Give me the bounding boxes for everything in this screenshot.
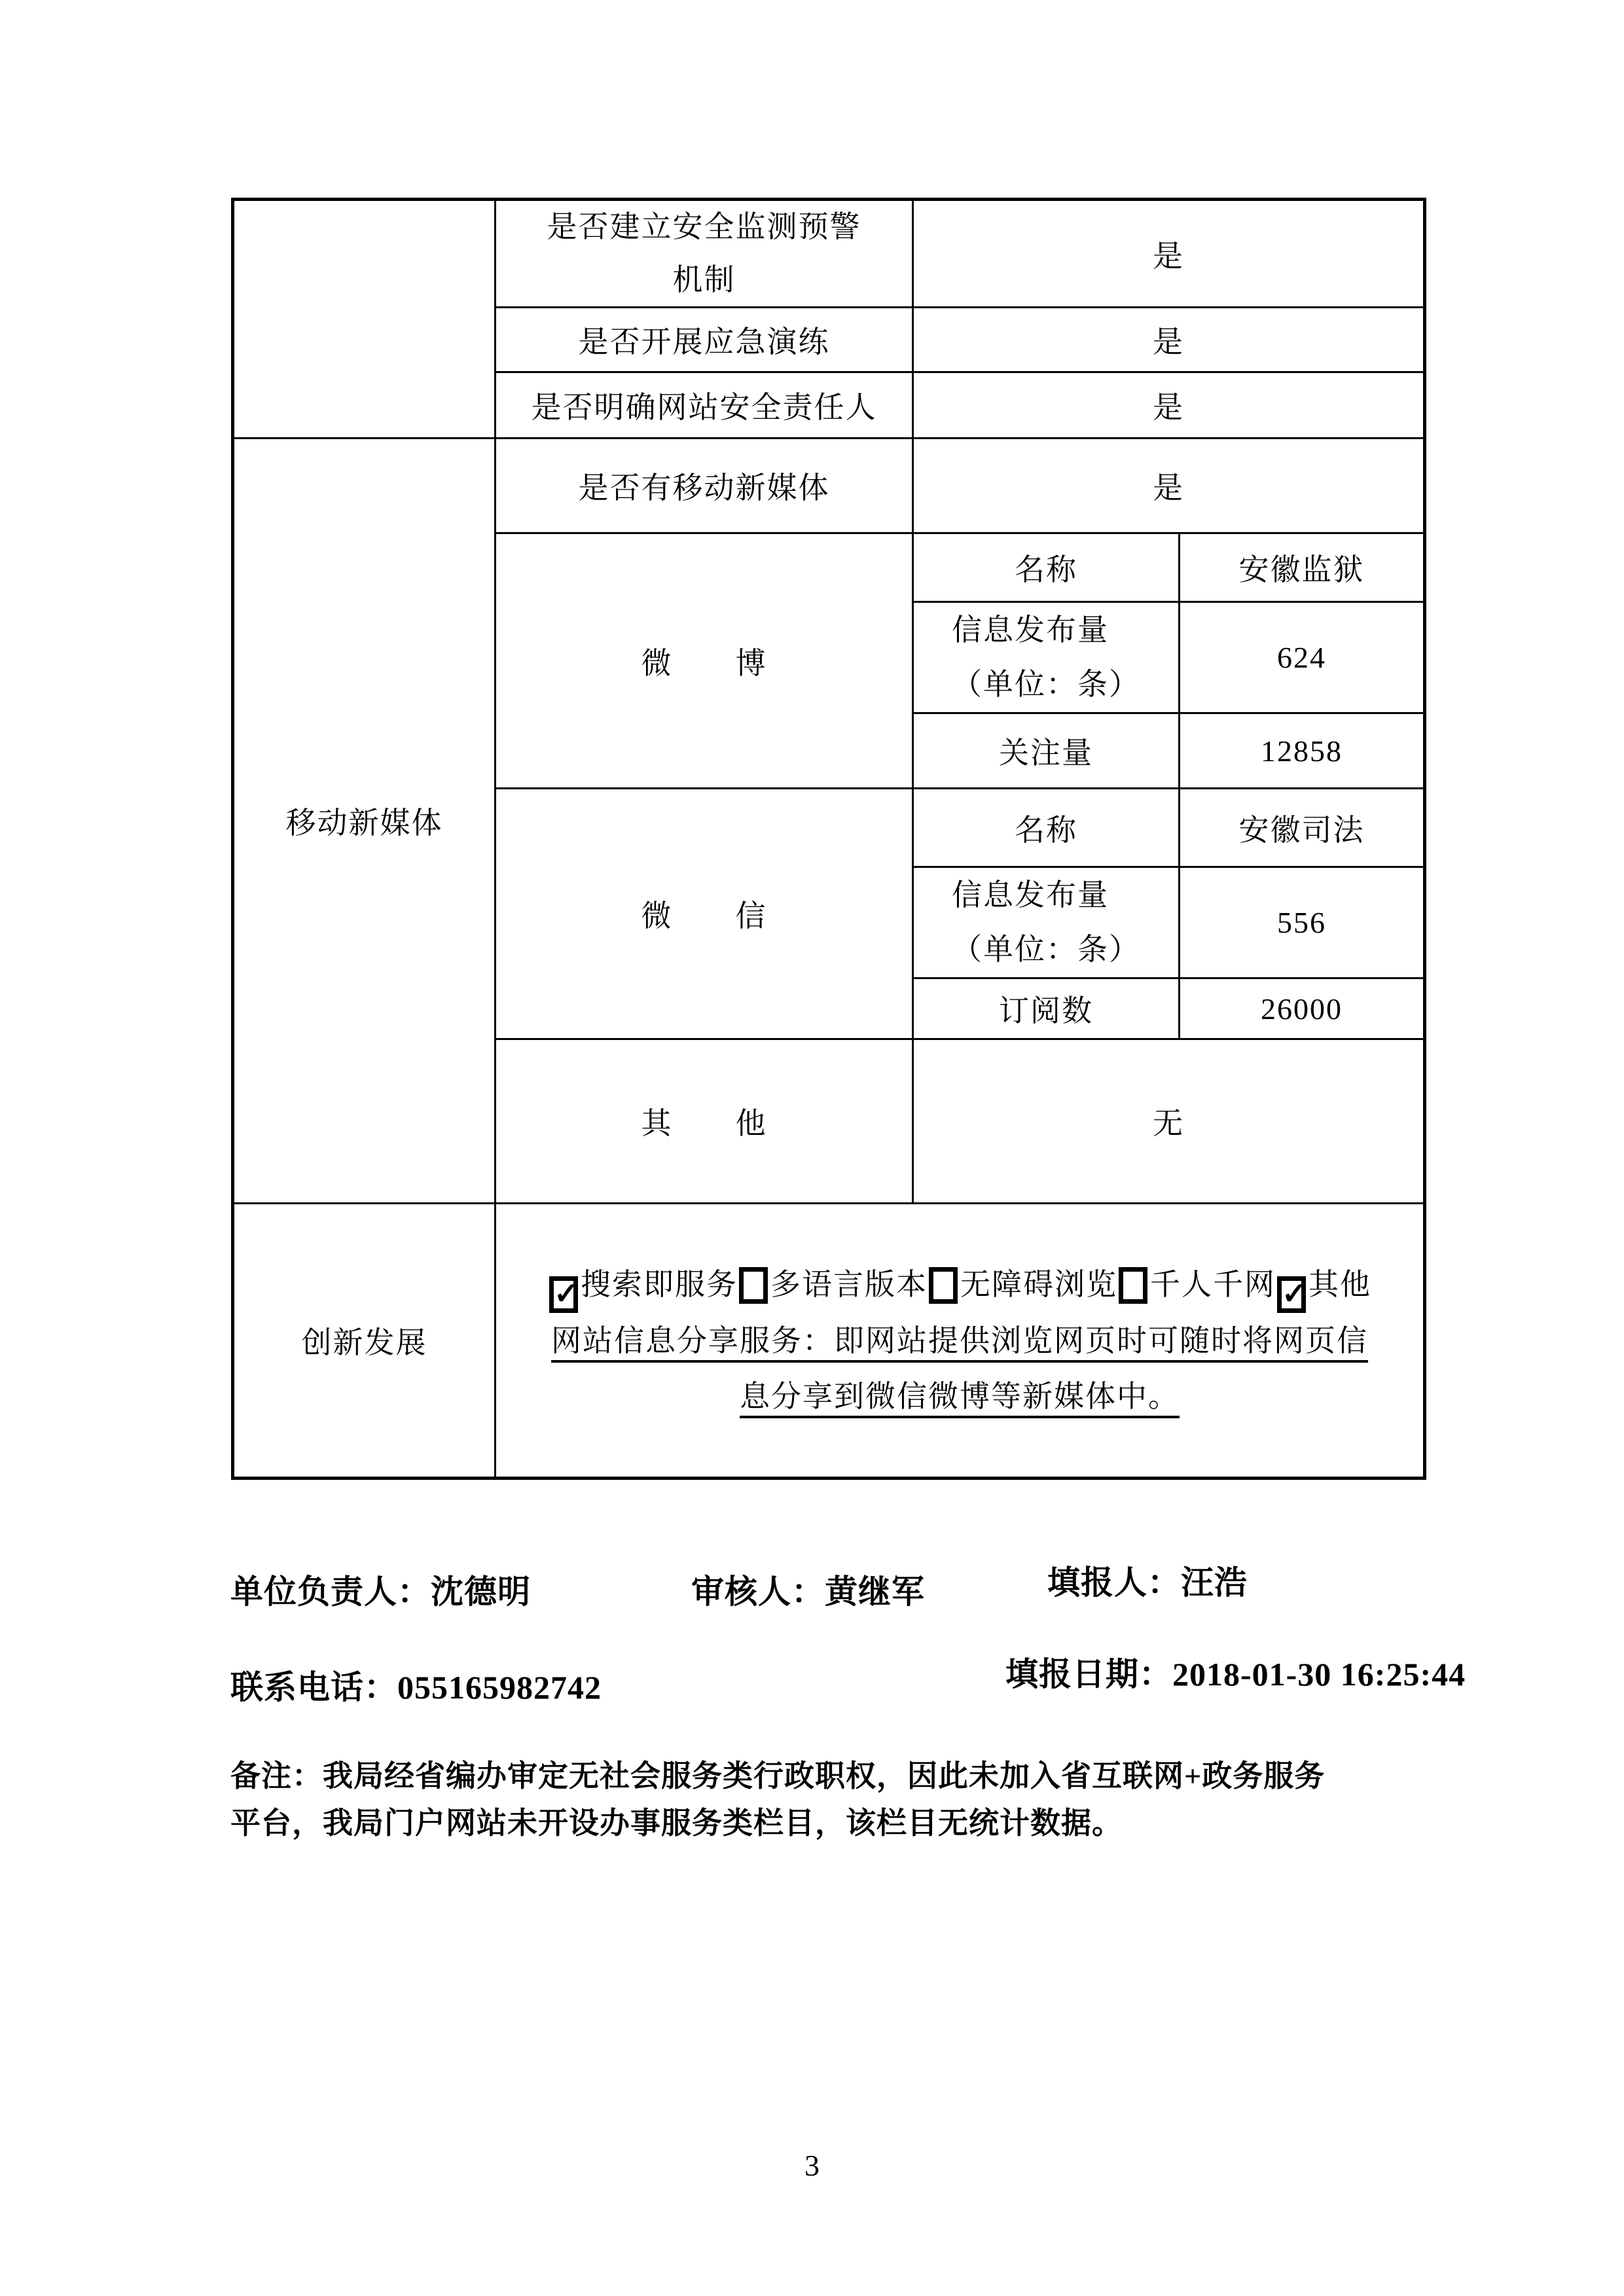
- wechat-posts-unit: （单位：条）: [952, 923, 1140, 977]
- annual-report-table: 是否建立安全监测预警 机制 是 是否开展应急演练 是 是否明确网站安全责任人 是…: [231, 198, 1426, 1480]
- innovation-desc-line1: 网站信息分享服务：即网站提供浏览网页时可随时将网页信: [496, 1313, 1423, 1369]
- security-answer-responsible: 是: [913, 372, 1425, 439]
- innovation-option-label: 搜索即服务: [581, 1268, 738, 1301]
- innovation-option-label: 千人千网: [1150, 1268, 1276, 1301]
- reviewer-text: 审核人：黄继军: [691, 1566, 925, 1613]
- table-row: 创新发展 ✓搜索即服务多语言版本无障碍浏览千人千网✓其他 网站信息分享服务：即网…: [233, 1204, 1425, 1479]
- weibo-posts-label: 信息发布量: [952, 603, 1140, 658]
- weibo-posts-value-cell: 624: [1180, 602, 1425, 713]
- report-date-text: 填报日期：2018-01-30 16:25:44: [1005, 1648, 1466, 1695]
- table-row: 移动新媒体 是否有移动新媒体 是: [233, 439, 1425, 533]
- innovation-desc-line2: 息分享到微信微博等新媒体中。: [496, 1369, 1423, 1424]
- wechat-subscribers-label-cell: 订阅数: [913, 978, 1180, 1039]
- innovation-option-label: 无障碍浏览: [960, 1268, 1117, 1301]
- security-question-monitoring: 是否建立安全监测预警 机制: [496, 200, 913, 308]
- weibo-label-cell: 微 博: [496, 533, 913, 789]
- security-answer-drill: 是: [913, 308, 1425, 372]
- wechat-name-label-cell: 名称: [913, 789, 1180, 867]
- weibo-posts-label-cell: 信息发布量 （单位：条）: [913, 602, 1180, 713]
- wechat-label-cell: 微 信: [496, 789, 913, 1039]
- continuation-blank-cell: [233, 200, 496, 439]
- wechat-name-value-cell: 安徽司法: [1180, 789, 1425, 867]
- other-media-value-cell: 无: [913, 1039, 1425, 1204]
- innovation-option-label: 其他: [1308, 1268, 1371, 1301]
- weibo-posts-unit: （单位：条）: [952, 658, 1140, 712]
- table-row: 是否建立安全监测预警 机制 是: [233, 200, 1425, 308]
- wechat-subscribers-value-cell: 26000: [1180, 978, 1425, 1039]
- mobile-media-header-cell: 移动新媒体: [233, 439, 496, 1204]
- security-question-drill: 是否开展应急演练: [496, 308, 913, 372]
- checkbox-checked-icon: ✓: [549, 1276, 578, 1313]
- checkbox-unchecked-icon: [1119, 1267, 1147, 1304]
- checkbox-checked-icon: ✓: [1277, 1276, 1306, 1313]
- has-mobile-media-value-cell: 是: [913, 439, 1425, 533]
- weibo-name-label-cell: 名称: [913, 533, 1180, 602]
- note-block: 备注：我局经省编办审定无社会服务类行政职权，因此未加入省互联网+政务服务 平台，…: [230, 1753, 1422, 1847]
- unit-head-text: 单位负责人：沈德明: [230, 1566, 531, 1613]
- security-question-responsible: 是否明确网站安全责任人: [496, 372, 913, 439]
- innovation-header-cell: 创新发展: [233, 1204, 496, 1479]
- document-page: 是否建立安全监测预警 机制 是 是否开展应急演练 是 是否明确网站安全责任人 是…: [0, 0, 1624, 2296]
- wechat-posts-label: 信息发布量: [952, 869, 1140, 923]
- innovation-options-row: ✓搜索即服务多语言版本无障碍浏览千人千网✓其他: [496, 1257, 1423, 1313]
- innovation-content-cell: ✓搜索即服务多语言版本无障碍浏览千人千网✓其他 网站信息分享服务：即网站提供浏览…: [496, 1204, 1425, 1479]
- note-line1: 备注：我局经省编办审定无社会服务类行政职权，因此未加入省互联网+政务服务: [230, 1753, 1422, 1800]
- checkbox-unchecked-icon: [739, 1267, 768, 1304]
- innovation-option-other: ✓其他: [1276, 1268, 1371, 1301]
- page-number: 3: [0, 2148, 1624, 2183]
- security-answer-monitoring: 是: [913, 200, 1425, 308]
- note-line2: 平台，我局门户网站未开设办事服务类栏目，该栏目无统计数据。: [230, 1800, 1422, 1847]
- checkbox-unchecked-icon: [929, 1267, 958, 1304]
- filler-text: 填报人：汪浩: [1047, 1556, 1248, 1604]
- innovation-option-personalized: 千人千网: [1117, 1268, 1276, 1301]
- weibo-followers-label-cell: 关注量: [913, 713, 1180, 789]
- has-mobile-media-label-cell: 是否有移动新媒体: [496, 439, 913, 533]
- weibo-followers-value-cell: 12858: [1180, 713, 1425, 789]
- innovation-option-multilingual: 多语言版本: [738, 1268, 928, 1301]
- innovation-option-label: 多语言版本: [770, 1268, 928, 1301]
- other-media-label-cell: 其 他: [496, 1039, 913, 1204]
- innovation-option-search-service: ✓搜索即服务: [548, 1268, 738, 1301]
- wechat-posts-label-cell: 信息发布量 （单位：条）: [913, 867, 1180, 978]
- wechat-posts-value-cell: 556: [1180, 867, 1425, 978]
- weibo-name-value-cell: 安徽监狱: [1180, 533, 1425, 602]
- contact-phone-text: 联系电话：055165982742: [230, 1661, 602, 1708]
- innovation-option-accessibility: 无障碍浏览: [928, 1268, 1117, 1301]
